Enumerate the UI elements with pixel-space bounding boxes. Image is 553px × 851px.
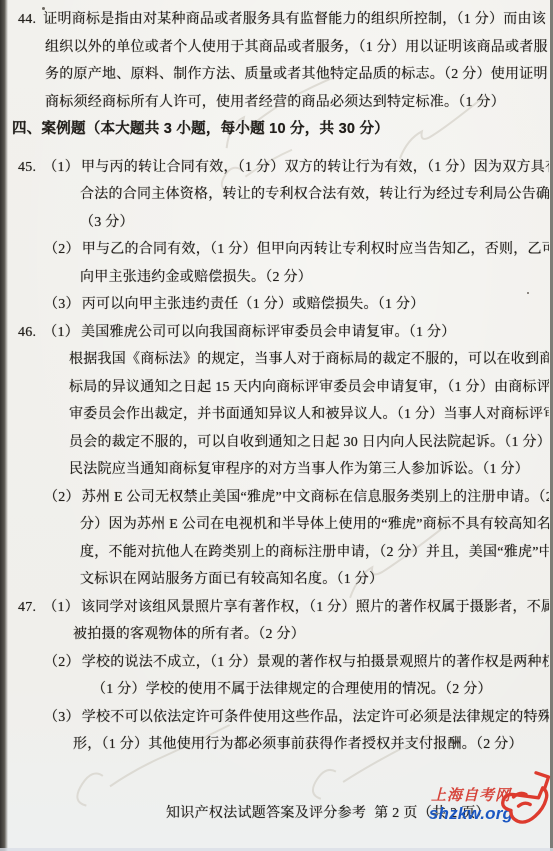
answer-line: 44.证明商标是指由对某种商品或者服务具有监督能力的组织所控制，（1 分）而由该: [0, 6, 549, 34]
answer-line: 向甲主张违约金或赔偿损失。（2 分）: [0, 264, 549, 292]
answer-line: 合法的合同主体资格，转让的专利权合法有效，转让行为经过专利局公告确认。: [0, 181, 549, 209]
answer-text: 甲与丙的转让合同有效，（1 分）双方的转让行为有效，（1 分）因为双方具有: [81, 160, 549, 175]
answer-line: （2）学校的说法不成立，（1 分）景观的著作权与拍摄景观照片的著作权是两种权利，: [0, 649, 549, 677]
answer-text: 美国雅虎公司可以向我国商标评审委员会申请复审。（1 分）: [81, 325, 456, 340]
answer-text: 苏州 E 公司无权禁止美国“雅虎”中文商标在信息服务类别上的注册申请。（2: [82, 490, 549, 505]
answer-line: 务的原产地、原料、制作方法、质量或者其他特定品质的标志。（2 分）使用证明: [0, 61, 549, 89]
answer-line: （3）丙可以向甲主张违约责任（1 分）或赔偿损失。（1 分）: [0, 291, 549, 319]
part-label: （1）: [43, 160, 79, 175]
answer-text: 学校的说法不成立，（1 分）景观的著作权与拍摄景观照片的著作权是两种权利，: [82, 655, 549, 670]
answer-line: 审委员会作出裁定，并书面通知异议人和被异议人。（1 分）当事人对商标评审委: [0, 401, 549, 429]
answer-text: 学校不可以依法定许可条件使用这些作品，法定许可必须是法律规定的特殊情: [82, 710, 549, 725]
part-label: （2）: [44, 655, 80, 670]
question-number: 47.: [18, 600, 36, 615]
part-label: （1）: [43, 325, 79, 340]
answer-line: 分）因为苏州 E 公司在电视机和半导体上使用的“雅虎”商标不具有较高知名: [0, 511, 549, 539]
answer-line: 根据我国《商标法》的规定，当事人对于商标局的裁定不服的，可以在收到商: [0, 346, 549, 374]
part-label: （2）: [44, 490, 80, 505]
part-label: （1）: [43, 600, 79, 615]
answer-text-block: 44.证明商标是指由对某种商品或者服务具有监督能力的组织所控制，（1 分）而由该…: [0, 6, 549, 759]
scanned-exam-answer-page: 44.证明商标是指由对某种商品或者服务具有监督能力的组织所控制，（1 分）而由该…: [0, 0, 553, 851]
answer-line: （3 分）: [0, 209, 549, 237]
part-label: （2）: [44, 242, 80, 257]
answer-line: （1 分）学校的使用不属于法律规定的合理使用的情况。（2 分）: [0, 676, 549, 704]
part-label: （3）: [44, 710, 80, 725]
part-label: （3）: [44, 297, 80, 312]
answer-line: 组织以外的单位或者个人使用于其商品或者服务，（1 分）用以证明该商品或者服: [0, 34, 549, 62]
answer-line: 民法院应当通知商标复审程序的对方当事人作为第三人参加诉讼。（1 分）: [0, 456, 549, 484]
answer-line: （2）甲与乙的合同有效，（1 分）但甲向丙转让专利权时应当告知乙，否则，乙可以: [0, 236, 549, 264]
question-number: 44.: [18, 12, 36, 27]
answer-line: （2）苏州 E 公司无权禁止美国“雅虎”中文商标在信息服务类别上的注册申请。（2: [0, 484, 549, 512]
answer-line: 员会的裁定不服的，可以自收到通知之日起 30 日内向人民法院起诉。（1 分）人: [0, 429, 549, 457]
answer-line: 标局的异议通知之日起 15 天内向商标评审委员会申请复审，（1 分）由商标评: [0, 374, 549, 402]
fist-icon: [501, 769, 551, 825]
answer-line: 文标识在网站服务方面已有较高知名度。（1 分）: [0, 566, 549, 594]
answer-text: 该同学对该组风景照片享有著作权，（1 分）照片的著作权属于摄影者，不属于: [81, 600, 549, 615]
question-number: 45.: [18, 160, 36, 175]
section-heading: 四、案例题（本大题共 3 小题，每小题 10 分，共 30 分）: [0, 116, 549, 144]
answer-line: 45.（1）甲与丙的转让合同有效，（1 分）双方的转让行为有效，（1 分）因为双…: [0, 154, 549, 182]
answer-line: 商标须经商标所有人许可，使用者经营的商品必须达到特定标准。（1 分）: [0, 89, 549, 117]
answer-line: 46.（1）美国雅虎公司可以向我国商标评审委员会申请复审。（1 分）: [0, 319, 549, 347]
section-title: 案例题（本大题共 3 小题，每小题 10 分，共 30 分）: [42, 121, 390, 137]
answer-text: 甲与乙的合同有效，（1 分）但甲向丙转让专利权时应当告知乙，否则，乙可以: [82, 242, 549, 257]
answer-line: 形，（1 分）其他使用行为都必须事前获得作者授权并支付报酬。（2 分）: [0, 731, 549, 759]
answer-line: （3）学校不可以依法定许可条件使用这些作品，法定许可必须是法律规定的特殊情: [0, 704, 549, 732]
answer-text: 丙可以向甲主张违约责任（1 分）或赔偿损失。（1 分）: [82, 297, 425, 312]
answer-text: 证明商标是指由对某种商品或者服务具有监督能力的组织所控制，（1 分）而由该: [43, 12, 546, 27]
answer-line: 度，不能对抗他人在跨类别上的商标注册申请，（2 分）并且，美国“雅虎”中: [0, 539, 549, 567]
section-label: 四、: [12, 121, 42, 137]
footer-doc-title: 知识产权法试题答案及评分参考: [166, 806, 366, 821]
question-number: 46.: [18, 325, 36, 340]
answer-line: 被拍摄的客观物体的所有者。（2 分）: [0, 621, 549, 649]
answer-line: 47.（1）该同学对该组风景照片享有著作权，（1 分）照片的著作权属于摄影者，不…: [0, 594, 549, 622]
